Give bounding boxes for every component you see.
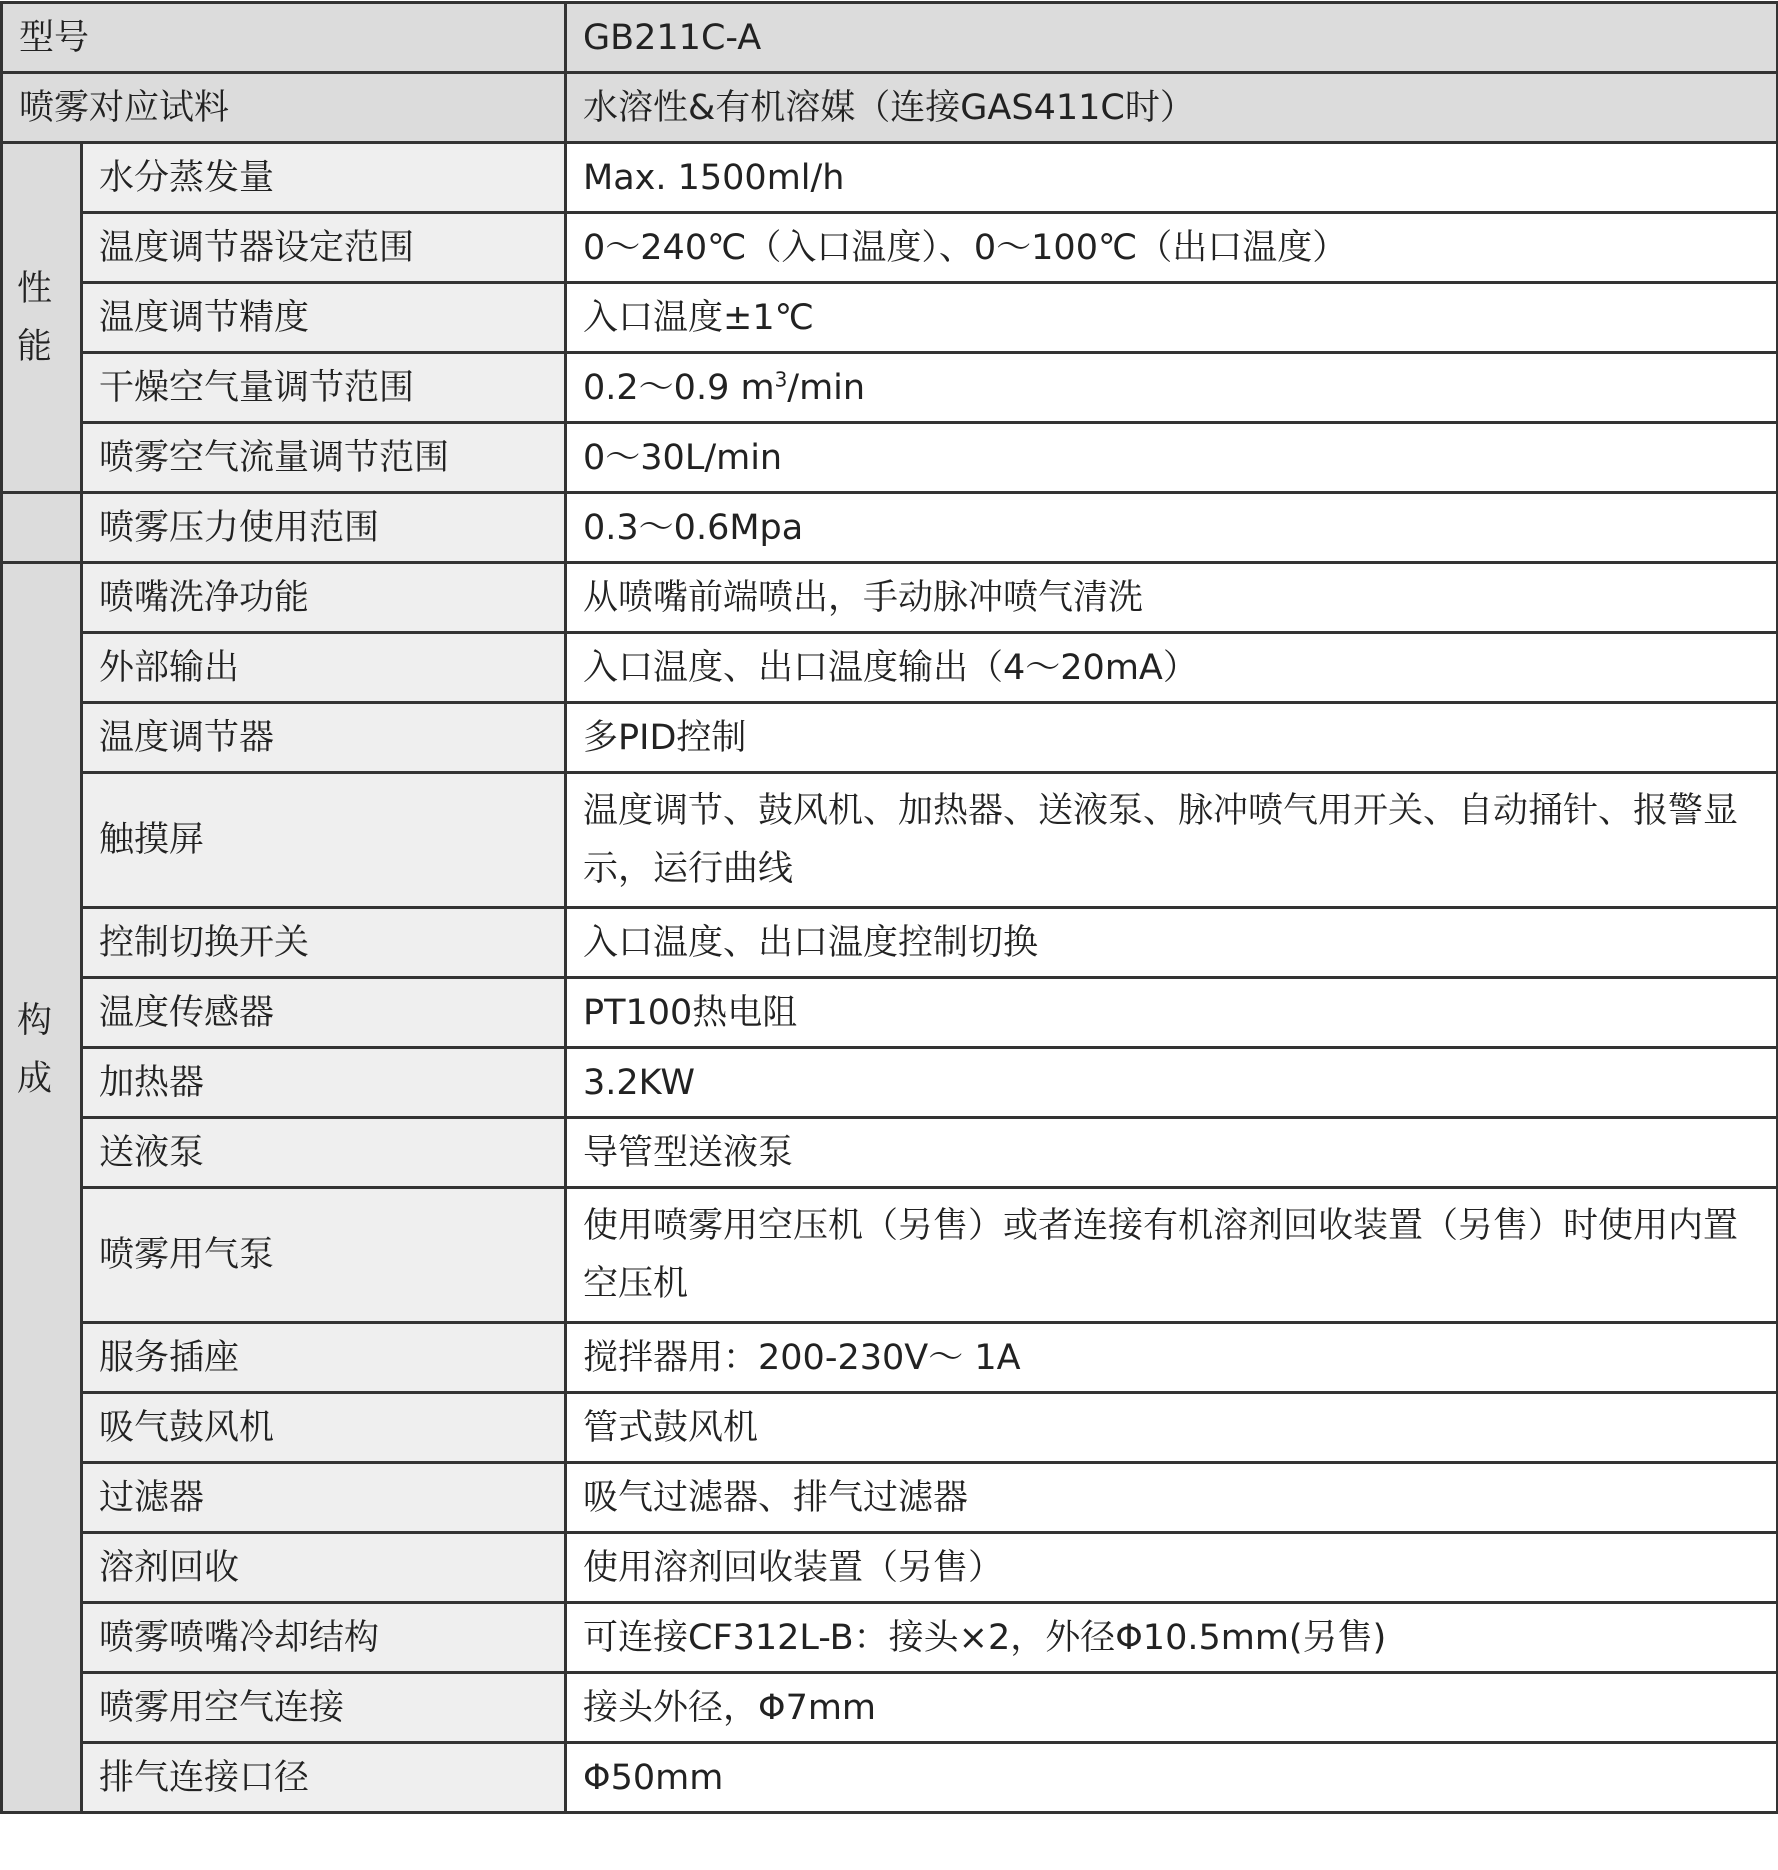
table-row: 构 成 喷嘴洗净功能 从喷嘴前端喷出，手动脉冲喷气清洗	[2, 563, 1778, 633]
row-value: 多PID控制	[566, 703, 1778, 773]
group-structure-line2: 成	[17, 1059, 52, 1099]
table-row: 性 能 水分蒸发量 Max. 1500ml/h	[2, 143, 1778, 213]
row-value: Max. 1500ml/h	[566, 143, 1778, 213]
row-value: 使用喷雾用空压机（另售）或者连接有机溶剂回收装置（另售）时使用内置空压机	[566, 1188, 1778, 1323]
row-label: 触摸屏	[82, 773, 566, 908]
table-row: 外部输出 入口温度、出口温度输出（4～20mA）	[2, 633, 1778, 703]
row-value: 搅拌器用：200-230V～ 1A	[566, 1323, 1778, 1393]
row-label: 控制切换开关	[82, 908, 566, 978]
group-structure-line1: 构	[17, 1001, 52, 1041]
row-value: 可连接CF312L-B：接头×2，外径Φ10.5mm(另售)	[566, 1603, 1778, 1673]
group-performance-line1: 性	[17, 269, 52, 309]
row-label: 溶剂回收	[82, 1533, 566, 1603]
group-structure: 构 成	[2, 563, 82, 1813]
row-value: 从喷嘴前端喷出，手动脉冲喷气清洗	[566, 563, 1778, 633]
row-label: 喷雾压力使用范围	[82, 493, 566, 563]
row-label: 温度传感器	[82, 978, 566, 1048]
row-label: 吸气鼓风机	[82, 1393, 566, 1463]
sample-value: 水溶性&有机溶媒（连接GAS411C时）	[566, 73, 1778, 143]
row-label: 温度调节器	[82, 703, 566, 773]
table-row: 溶剂回收 使用溶剂回收装置（另售）	[2, 1533, 1778, 1603]
row-label: 干燥空气量调节范围	[82, 353, 566, 423]
row-value: 0～30L/min	[566, 423, 1778, 493]
row-label: 外部输出	[82, 633, 566, 703]
model-label: 型号	[2, 3, 566, 73]
row-value: Φ50mm	[566, 1743, 1778, 1813]
table-row: 触摸屏 温度调节、鼓风机、加热器、送液泵、脉冲喷气用开关、自动捅针、报警显示，运…	[2, 773, 1778, 908]
table-row: 温度调节器设定范围 0～240℃（入口温度）、0～100℃（出口温度）	[2, 213, 1778, 283]
table-row: 吸气鼓风机 管式鼓风机	[2, 1393, 1778, 1463]
row-label: 水分蒸发量	[82, 143, 566, 213]
row-value: 接头外径，Φ7mm	[566, 1673, 1778, 1743]
table-row: 温度调节精度 入口温度±1℃	[2, 283, 1778, 353]
row-value: 0～240℃（入口温度）、0～100℃（出口温度）	[566, 213, 1778, 283]
table-row: 喷雾用空气连接 接头外径，Φ7mm	[2, 1673, 1778, 1743]
group-performance: 性 能	[2, 143, 82, 493]
row-value: 入口温度、出口温度控制切换	[566, 908, 1778, 978]
row-label: 温度调节精度	[82, 283, 566, 353]
table-row: 喷雾空气流量调节范围 0～30L/min	[2, 423, 1778, 493]
row-value: 温度调节、鼓风机、加热器、送液泵、脉冲喷气用开关、自动捅针、报警显示，运行曲线	[566, 773, 1778, 908]
group-empty	[2, 493, 82, 563]
table-row: 喷雾喷嘴冷却结构 可连接CF312L-B：接头×2，外径Φ10.5mm(另售)	[2, 1603, 1778, 1673]
row-value: 吸气过滤器、排气过滤器	[566, 1463, 1778, 1533]
row-label: 喷雾空气流量调节范围	[82, 423, 566, 493]
row-value: 0.3～0.6Mpa	[566, 493, 1778, 563]
row-value: 入口温度、出口温度输出（4～20mA）	[566, 633, 1778, 703]
table-row: 温度调节器 多PID控制	[2, 703, 1778, 773]
model-value: GB211C-A	[566, 3, 1778, 73]
row-value: PT100热电阻	[566, 978, 1778, 1048]
row-value: 3.2KW	[566, 1048, 1778, 1118]
row-value: 导管型送液泵	[566, 1118, 1778, 1188]
table-row: 服务插座 搅拌器用：200-230V～ 1A	[2, 1323, 1778, 1393]
row-label: 排气连接口径	[82, 1743, 566, 1813]
value-prefix: 0.2～0.9 m	[583, 368, 775, 408]
group-performance-line2: 能	[17, 327, 52, 367]
table-row: 过滤器 吸气过滤器、排气过滤器	[2, 1463, 1778, 1533]
spec-table: 型号 GB211C-A 喷雾对应试料 水溶性&有机溶媒（连接GAS411C时） …	[0, 1, 1778, 1814]
table-row: 控制切换开关 入口温度、出口温度控制切换	[2, 908, 1778, 978]
table-row-pressure: 喷雾压力使用范围 0.3～0.6Mpa	[2, 493, 1778, 563]
row-value: 0.2～0.9 m3/min	[566, 353, 1778, 423]
table-row: 温度传感器 PT100热电阻	[2, 978, 1778, 1048]
row-label: 喷雾喷嘴冷却结构	[82, 1603, 566, 1673]
table-row: 干燥空气量调节范围 0.2～0.9 m3/min	[2, 353, 1778, 423]
row-value: 使用溶剂回收装置（另售）	[566, 1533, 1778, 1603]
value-superscript: 3	[775, 367, 788, 391]
table-row: 喷雾用气泵 使用喷雾用空压机（另售）或者连接有机溶剂回收装置（另售）时使用内置空…	[2, 1188, 1778, 1323]
row-label: 服务插座	[82, 1323, 566, 1393]
row-label: 喷嘴洗净功能	[82, 563, 566, 633]
value-suffix: /min	[787, 368, 865, 408]
sample-label: 喷雾对应试料	[2, 73, 566, 143]
row-label: 过滤器	[82, 1463, 566, 1533]
row-value: 入口温度±1℃	[566, 283, 1778, 353]
table-row-model: 型号 GB211C-A	[2, 3, 1778, 73]
row-label: 加热器	[82, 1048, 566, 1118]
row-value: 管式鼓风机	[566, 1393, 1778, 1463]
row-label: 送液泵	[82, 1118, 566, 1188]
table-row: 加热器 3.2KW	[2, 1048, 1778, 1118]
row-label: 喷雾用空气连接	[82, 1673, 566, 1743]
table-row-sample: 喷雾对应试料 水溶性&有机溶媒（连接GAS411C时）	[2, 73, 1778, 143]
table-row: 送液泵 导管型送液泵	[2, 1118, 1778, 1188]
row-label: 喷雾用气泵	[82, 1188, 566, 1323]
table-row: 排气连接口径 Φ50mm	[2, 1743, 1778, 1813]
row-label: 温度调节器设定范围	[82, 213, 566, 283]
